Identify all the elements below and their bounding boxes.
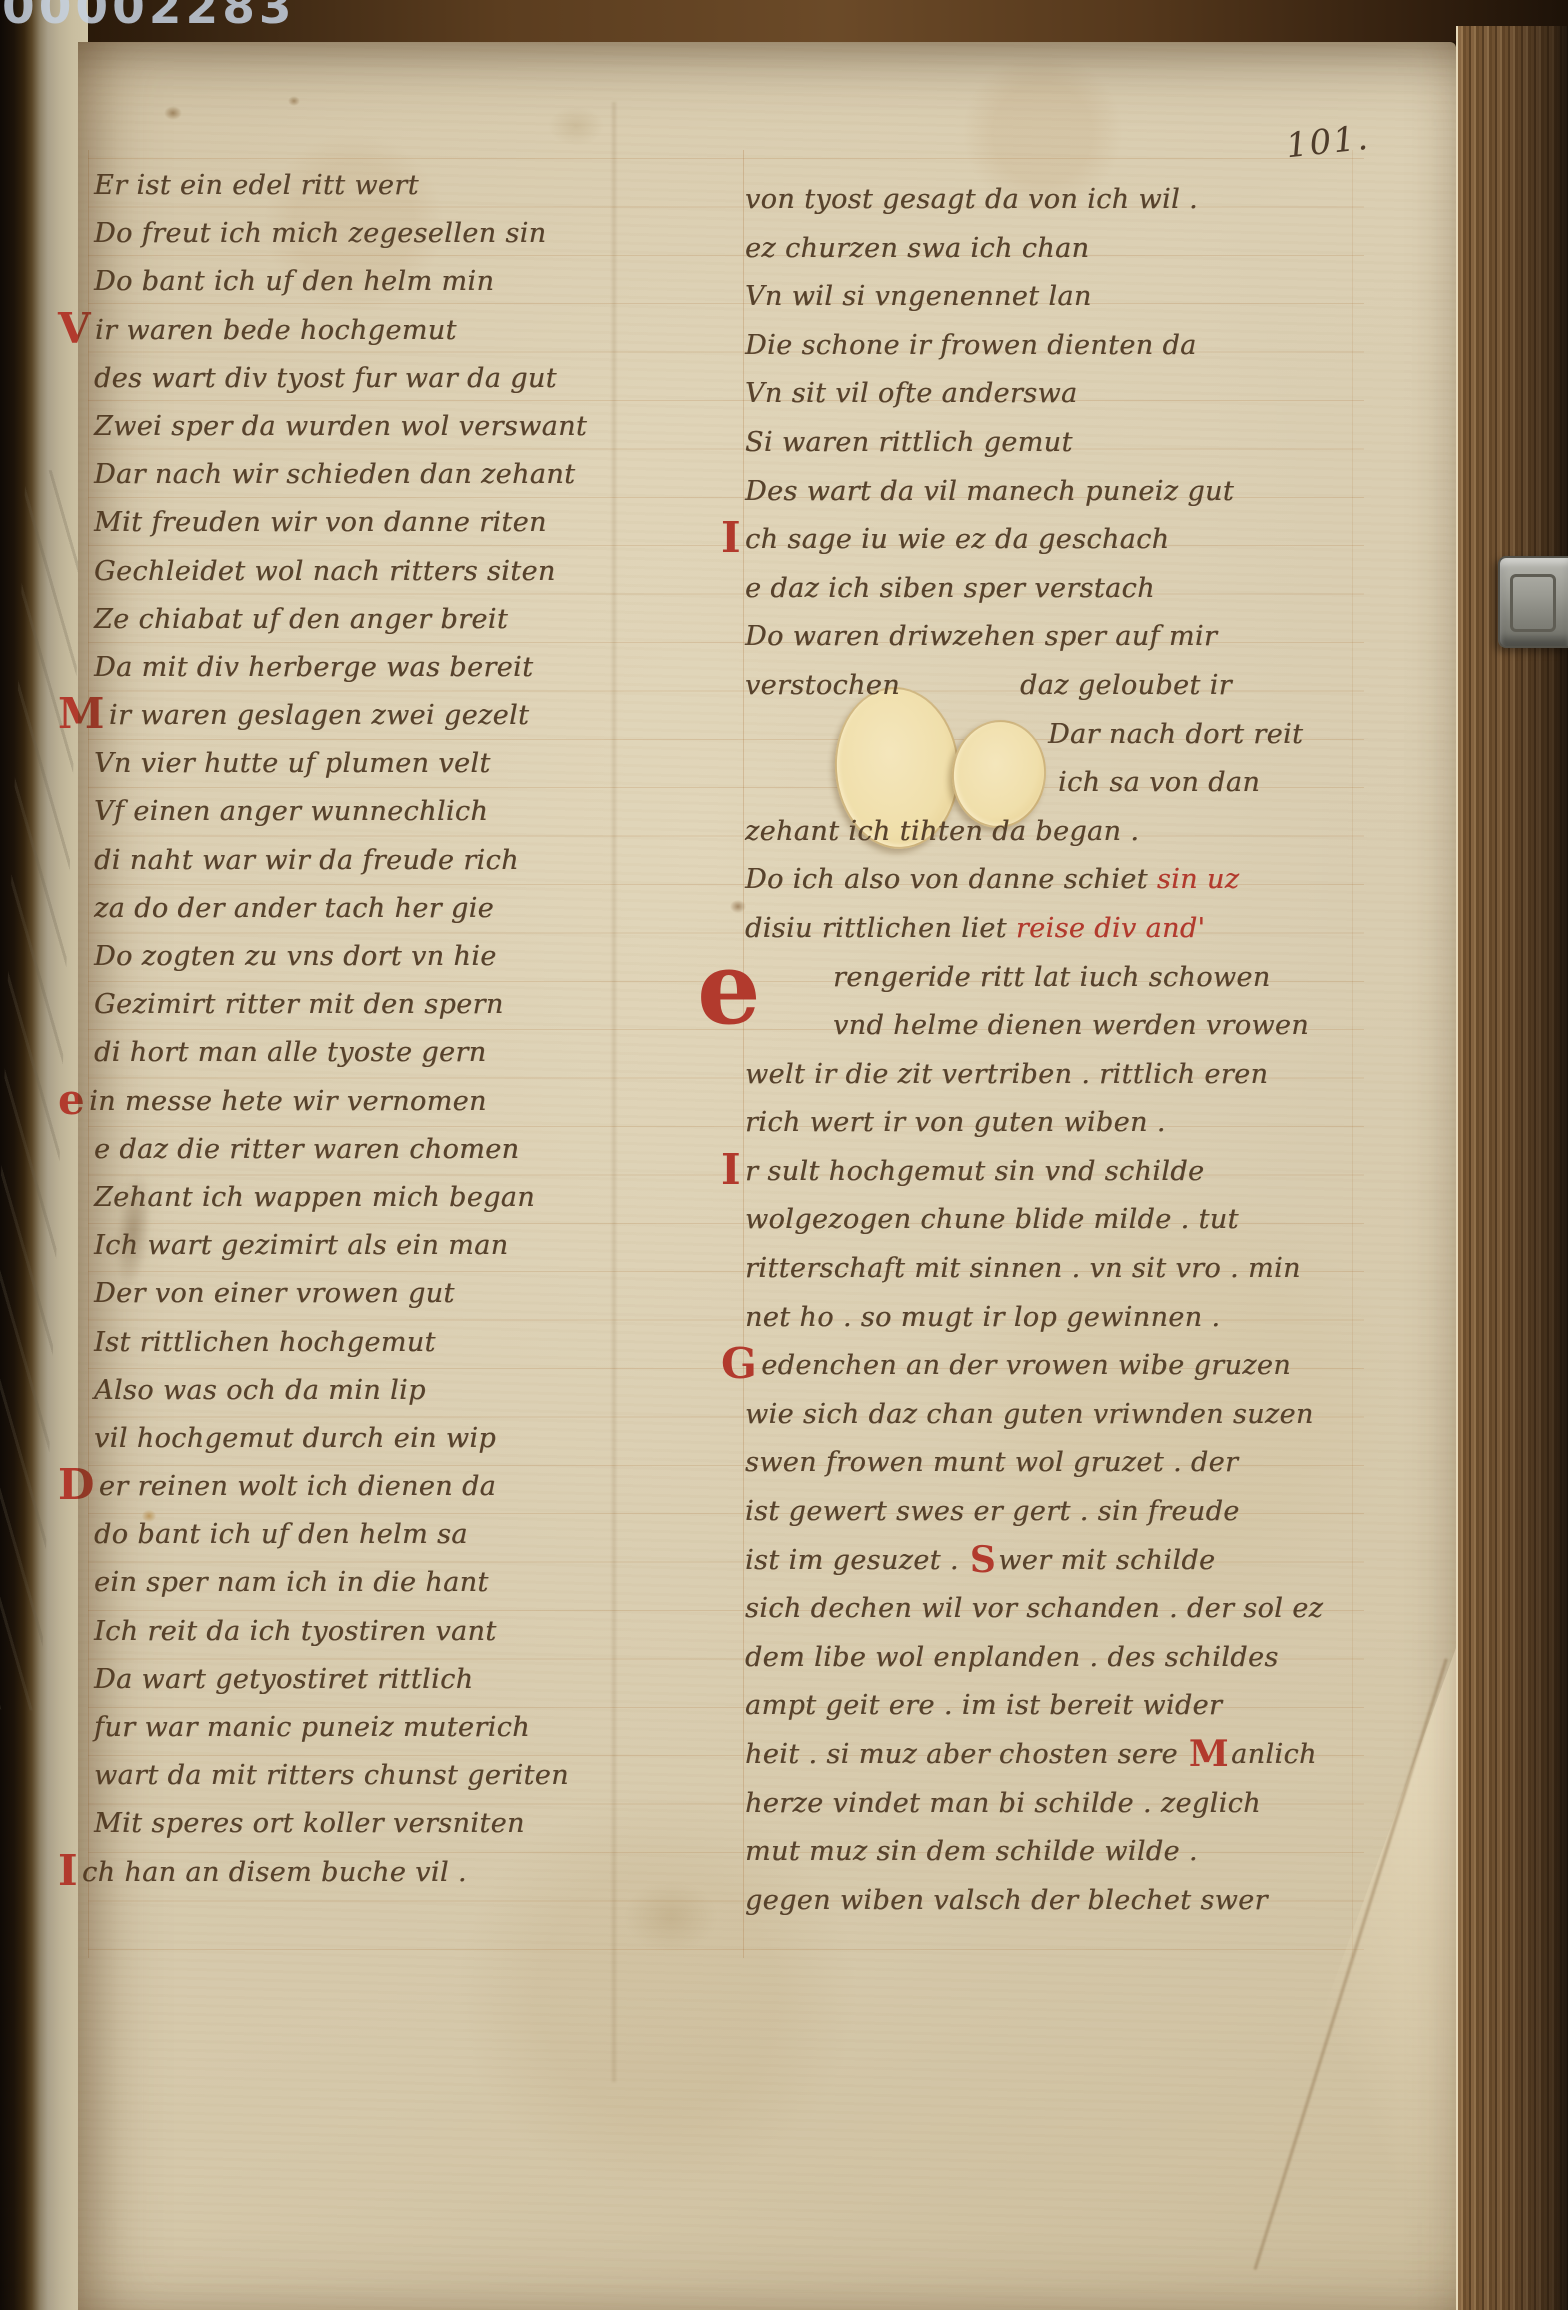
ink-text: di naht war wir da freude rich [94,845,519,876]
manuscript-line: mut muz sin dem schilde wilde . [745,1828,1385,1877]
manuscript-line: e daz die ritter waren chomen [94,1126,534,1174]
ink-text: Vf einen anger wunnechlich [94,796,488,827]
manuscript-line: Gedenchen an der vrowen wibe gruzen [745,1342,1385,1391]
manuscript-line: ist gewert swes er gert . sin freude [745,1488,1385,1537]
manuscript-line: Gezimirt ritter mit den spern [94,981,534,1029]
manuscript-line: Die schone ir frowen dienten da [745,322,1385,371]
manuscript-line: wart da mit ritters chunst geriten [94,1752,534,1800]
manuscript-line: ez churzen swa ich chan [745,225,1385,274]
ink-text: vnd helme dienen werden vrowen [833,1010,1309,1041]
manuscript-line: Do bant ich uf den helm min [94,258,534,306]
ink-text: Mit speres ort koller versniten [94,1808,525,1839]
manuscript-line: e daz ich siben sper verstach [745,565,1385,614]
rubricated-initial: M [58,689,105,738]
ink-text: Also was och da min lip [94,1375,426,1406]
manuscript-line: Ich sage iu wie ez da geschach [745,516,1385,565]
ink-text: verstochen [745,670,900,701]
manuscript-line: Vn wil si vngenennet lan [745,273,1385,322]
ink-text: Des wart da vil manech puneiz gut [745,476,1234,507]
manuscript-line: Zwei sper da wurden wol verswant [94,403,534,451]
manuscript-line: Gechleidet wol nach ritters siten [94,548,534,596]
ink-text: mut muz sin dem schilde wilde . [745,1836,1198,1867]
manuscript-line: verstochendaz geloubet ir [745,662,1385,711]
manuscript-line: Ist rittlichen hochgemut [94,1319,534,1367]
manuscript-line: Der von einer vrowen gut [94,1270,534,1318]
rubricated-initial: I [721,1145,741,1194]
ink-text: welt ir die zit vertriben . rittlich ere… [745,1059,1268,1090]
gutter-crease [612,102,616,2082]
manuscript-line: ich sa von dan [1058,759,1385,808]
stain [164,106,182,120]
manuscript-line: Do freut ich mich zegesellen sin [94,210,534,258]
manuscript-line: disiu rittlichen liet reise div and' [745,905,1385,954]
ink-text: ich sa von dan [1058,767,1260,798]
manuscript-line: Dar nach dort reit [1048,711,1385,760]
ink-text: za do der ander tach her gie [94,893,494,924]
manuscript-line: Er ist ein edel ritt wert [94,162,534,210]
ink-text: ein sper nam ich in die hant [94,1567,489,1598]
watermark-text: 00002283 [2,0,296,35]
ink-text: daz geloubet ir [1020,670,1232,701]
manuscript-line: dem libe wol enplanden . des schildes [745,1634,1385,1683]
ink-text: heit . si muz aber chosten sere [745,1739,1187,1770]
manuscript-line: Si waren rittlich gemut [745,419,1385,468]
rubric-text: sin uz [1157,864,1239,895]
ink-text: ir waren geslagen zwei gezelt [109,700,529,731]
ink-text: Dar nach wir schieden dan zehant [94,459,575,490]
ink-text: fur war manic puneiz muterich [94,1712,530,1743]
manuscript-line: di naht war wir da freude rich [94,837,534,885]
manuscript-line: fur war manic puneiz muterich [94,1704,534,1752]
manuscript-line: di hort man alle tyoste gern [94,1029,534,1077]
manuscript-line: Do zogten zu vns dort vn hie [94,933,534,981]
manuscript-line: Zehant ich wappen mich began [94,1174,534,1222]
manuscript-line: vil hochgemut durch ein wip [94,1415,534,1463]
ink-text: net ho . so mugt ir lop gewinnen . [745,1302,1220,1333]
vertical-rule-right-column [743,150,744,1958]
manuscript-line: ritterschaft mit sinnen . vn sit vro . m… [745,1245,1385,1294]
ink-text: Zehant ich wappen mich began [94,1182,535,1213]
ink-text: des wart div tyost fur war da gut [94,363,557,394]
ink-text: er reinen wolt ich dienen da [99,1471,496,1502]
manuscript-line: gegen wiben valsch der blechet swer [745,1877,1385,1926]
ink-text: Vn vier hutte uf plumen velt [94,748,491,779]
rubricated-initial: I [58,1846,78,1895]
ink-text: Do zogten zu vns dort vn hie [94,941,497,972]
stain [288,96,300,106]
ink-text: ist im gesuzet . [745,1545,968,1576]
ink-text: Vn wil si vngenennet lan [745,281,1092,312]
text-column-right: von tyost gesagt da von ich wil .ez chur… [745,176,1385,1925]
manuscript-line: wolgezogen chune blide milde . tut [745,1196,1385,1245]
manuscript-line: heit . si muz aber chosten sere Manlich [745,1731,1385,1780]
parchment-page: 101. Er ist ein edel ritt wertDo freut i… [78,42,1456,2310]
ink-text: swen frowen munt wol gruzet . der [745,1447,1238,1478]
rubric-text: reise div and' [1016,913,1206,944]
ink-text: ampt geit ere . im ist bereit wider [745,1690,1222,1721]
manuscript-line: sich dechen wil vor schanden . der sol e… [745,1585,1385,1634]
manuscript-line: rich wert ir von guten wiben . [745,1099,1385,1148]
manuscript-line: herze vindet man bi schilde . zeglich [745,1780,1385,1829]
ink-text: ritterschaft mit sinnen . vn sit vro . m… [745,1253,1301,1284]
manuscript-line: Dar nach wir schieden dan zehant [94,451,534,499]
manuscript-line: des wart div tyost fur war da gut [94,355,534,403]
manuscript-line: Ich han an disem buche vil . [94,1849,534,1897]
ink-text: herze vindet man bi schilde . zeglich [745,1788,1261,1819]
manuscript-line: Ich wart gezimirt als ein man [94,1222,534,1270]
manuscript-line: ein sper nam ich in die hant [94,1559,534,1607]
manuscript-line: Mir waren geslagen zwei gezelt [94,692,534,740]
ink-text: Do ich also von danne schiet [745,864,1157,895]
ink-text: in messe hete wir vernomen [89,1086,487,1117]
manuscript-photo: { "watermark": "00002283", "folio_number… [0,0,1568,2310]
ink-text: wolgezogen chune blide milde . tut [745,1204,1239,1235]
ink-text: anlich [1231,1739,1317,1770]
ink-text: Er ist ein edel ritt wert [94,170,419,201]
manuscript-line: za do der ander tach her gie [94,885,534,933]
manuscript-line: von tyost gesagt da von ich wil . [745,176,1385,225]
ink-text: di hort man alle tyoste gern [94,1037,486,1068]
ink-text: Die schone ir frowen dienten da [745,330,1197,361]
ink-text: edenchen an der vrowen wibe gruzen [761,1350,1291,1381]
manuscript-line: Da wart getyostiret rittlich [94,1656,534,1704]
ink-text: Ist rittlichen hochgemut [94,1327,436,1358]
manuscript-line: vnd helme dienen werden vrowen [745,1002,1385,1051]
manuscript-line: Des wart da vil manech puneiz gut [745,468,1385,517]
ink-text: Si waren rittlich gemut [745,427,1073,458]
ink-text: Da mit div herberge was bereit [94,652,533,683]
manuscript-line: Vf einen anger wunnechlich [94,788,534,836]
rubricated-initial: V [58,304,91,353]
ink-text: do bant ich uf den helm sa [94,1519,468,1550]
ink-text: Mit freuden wir von danne riten [94,507,547,538]
manuscript-line: Vn sit vil ofte anderswa [745,370,1385,419]
ink-text: rich wert ir von guten wiben . [745,1107,1166,1138]
manuscript-line: swen frowen munt wol gruzet . der [745,1439,1385,1488]
ink-text: dem libe wol enplanden . des schildes [745,1642,1279,1673]
book-clasp [1498,556,1568,648]
rubricated-initial: E [58,1075,85,1124]
ink-text: Ich wart gezimirt als ein man [94,1230,508,1261]
manuscript-line: Ein messe hete wir vernomen [94,1078,534,1126]
manuscript-line: wie sich daz chan guten vriwnden suzen [745,1391,1385,1440]
manuscript-line: ampt geit ere . im ist bereit wider [745,1682,1385,1731]
manuscript-line: Mit freuden wir von danne riten [94,499,534,547]
manuscript-line: Erengeride ritt lat iuch schowen [745,954,1385,1003]
manuscript-line: net ho . so mugt ir lop gewinnen . [745,1294,1385,1343]
ink-text: Vn sit vil ofte anderswa [745,378,1077,409]
page-edges-stack [1456,26,1568,2310]
rubricated-initial: D [58,1460,95,1509]
ink-text: zehant ich tihten da began . [745,816,1139,847]
ink-text: ir waren bede hochgemut [95,315,457,346]
ink-text: Da wart getyostiret rittlich [94,1664,473,1695]
rubricated-initial: S [970,1539,996,1581]
ink-text: Do freut ich mich zegesellen sin [94,218,546,249]
manuscript-line: Vir waren bede hochgemut [94,307,534,355]
ink-text: ez churzen swa ich chan [745,233,1089,264]
manuscript-line: ist im gesuzet . Swer mit schilde [745,1537,1385,1586]
ink-text: rengeride ritt lat iuch schowen [833,962,1271,993]
rubricated-initial: M [1189,1733,1229,1775]
ink-text: ch han an disem buche vil . [82,1857,467,1888]
ink-text: disiu rittlichen liet [745,913,1016,944]
ink-text: Do waren driwzehen sper auf mir [745,621,1217,652]
manuscript-line: Da mit div herberge was bereit [94,644,534,692]
manuscript-line: Ze chiabat uf den anger breit [94,596,534,644]
ink-text: r sult hochgemut sin vnd schilde [745,1156,1204,1187]
ink-text: wart da mit ritters chunst geriten [94,1760,569,1791]
ink-text: Gechleidet wol nach ritters siten [94,556,556,587]
manuscript-line: do bant ich uf den helm sa [94,1511,534,1559]
manuscript-line: Do waren driwzehen sper auf mir [745,613,1385,662]
ink-text: Ze chiabat uf den anger breit [94,604,508,635]
manuscript-line: Vn vier hutte uf plumen velt [94,740,534,788]
ink-text: wer mit schilde [998,1545,1215,1576]
ink-text: ist gewert swes er gert . sin freude [745,1496,1240,1527]
ink-text: Gezimirt ritter mit den spern [94,989,504,1020]
ink-text: sich dechen wil vor schanden . der sol e… [745,1593,1323,1624]
manuscript-line: Ich reit da ich tyostiren vant [94,1608,534,1656]
ink-text: Dar nach dort reit [1048,719,1303,750]
manuscript-line: Also was och da min lip [94,1367,534,1415]
ink-text: Zwei sper da wurden wol verswant [94,411,587,442]
vertical-rule-left [88,150,89,1958]
manuscript-line: Ir sult hochgemut sin vnd schilde [745,1148,1385,1197]
text-column-left: Er ist ein edel ritt wertDo freut ich mi… [94,162,534,1897]
rubricated-initial: G [721,1339,757,1388]
manuscript-line: zehant ich tihten da began . [745,808,1385,857]
ink-text: ch sage iu wie ez da geschach [745,524,1169,555]
ink-text: e daz ich siben sper verstach [745,573,1155,604]
manuscript-line: Der reinen wolt ich dienen da [94,1463,534,1511]
ink-text: Der von einer vrowen gut [94,1278,455,1309]
manuscript-line: welt ir die zit vertriben . rittlich ere… [745,1051,1385,1100]
ink-text: von tyost gesagt da von ich wil . [745,184,1198,215]
ink-text: gegen wiben valsch der blechet swer [745,1885,1268,1916]
rubricated-initial: I [721,513,741,562]
manuscript-line: Mit speres ort koller versniten [94,1800,534,1848]
ink-text: Ich reit da ich tyostiren vant [94,1616,497,1647]
manuscript-line: Do ich also von danne schiet sin uz [745,856,1385,905]
stain [548,106,604,146]
ink-text: vil hochgemut durch ein wip [94,1423,496,1454]
ink-text: e daz die ritter waren chomen [94,1134,519,1165]
ink-text: wie sich daz chan guten vriwnden suzen [745,1399,1314,1430]
ink-text: Do bant ich uf den helm min [94,266,494,297]
